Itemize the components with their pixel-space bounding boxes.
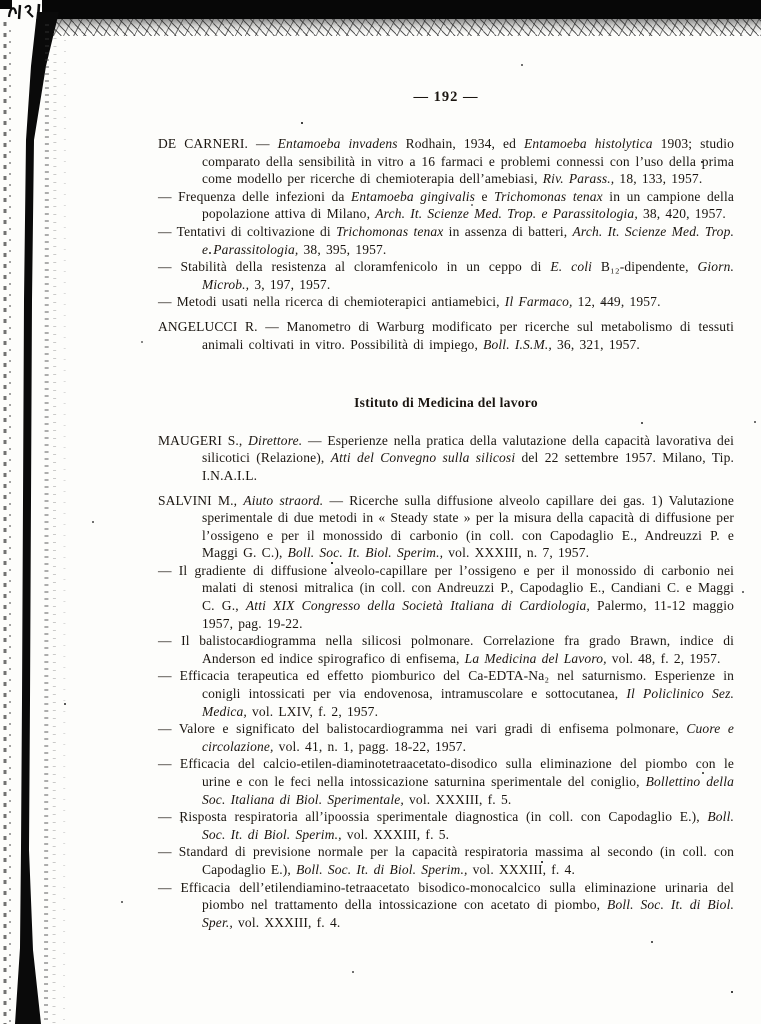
entry-text: vol. 48, f. 2, 1957. (607, 651, 721, 666)
bibliography-entry: — Valore e significato del balistocardio… (158, 720, 734, 755)
scan-noise (0, 0, 2, 2)
entry-group: MAUGERI S., Direttore. — Esperienze nell… (158, 432, 734, 485)
entry-text: — Stabilità della resistenza al cloramfe… (158, 259, 550, 274)
bibliography: DE CARNERI. — Entamoeba invadens Rodhain… (158, 106, 734, 931)
entry-text: ANGELUCCI R. — Manometro di Warburg modi… (158, 319, 734, 352)
entry-text: B₁₂-dipendente, (592, 259, 697, 274)
entry-text: 12, 449, 1957. (573, 294, 661, 309)
entry-title-italic: Arch. It. Scienze Med. Trop. e Parassito… (375, 206, 638, 221)
entry-title-italic: Boll. I.S.M., (483, 337, 552, 352)
entry-title-italic: Il Farmaco, (505, 294, 573, 309)
bibliography-entry: — Metodi usati nella ricerca di chemiote… (158, 293, 734, 311)
entry-text: vol. XXXIII, f. 5. (404, 792, 511, 807)
entry-text: — Frequenza delle infezioni da (158, 189, 351, 204)
book-binding-shadow (0, 0, 80, 1024)
entry-text: — Valore e significato del balistocardio… (158, 721, 686, 736)
entry-text: vol. XXXIII, f. 4. (233, 915, 340, 930)
entry-text: DE CARNERI. — (158, 136, 278, 151)
bibliography-entry: DE CARNERI. — Entamoeba invadens Rodhain… (158, 135, 734, 188)
bibliography-entry: — Frequenza delle infezioni da Entamoeba… (158, 188, 734, 223)
bibliography-entry: — Tentativi di coltivazione di Trichomon… (158, 223, 734, 258)
entry-title-italic: La Medicina del Lavoro, (465, 651, 607, 666)
entry-title-italic: Atti del Convegno sulla silicosi (331, 450, 516, 465)
entry-text: — Tentativi di coltivazione di (158, 224, 336, 239)
handwritten-mark (6, 1, 48, 23)
bibliography-entry: — Efficacia dell’etilendiamino-tetraacet… (158, 879, 734, 932)
entry-title-italic: Trichomonas tenax (336, 224, 443, 239)
entry-text: Rodhain, 1934, ed (398, 136, 524, 151)
bibliography-entry: — Il gradiente di diffusione alveolo-cap… (158, 562, 734, 632)
entry-title-italic: Direttore. (248, 433, 302, 448)
bibliography-entry: — Efficacia terapeutica ed effetto piomb… (158, 667, 734, 720)
page-content: — 192 — DE CARNERI. — Entamoeba invadens… (158, 0, 734, 931)
bibliography-entry: SALVINI M., Aiuto straord. — Ricerche su… (158, 492, 734, 562)
entry-text: vol. LXIV, f. 2, 1957. (247, 704, 378, 719)
bibliography-entry: — Stabilità della resistenza al cloramfe… (158, 258, 734, 293)
entry-title-italic: Aiuto straord. (243, 493, 323, 508)
entry-text: 3, 197, 1957. (249, 277, 330, 292)
scanned-page: — 192 — DE CARNERI. — Entamoeba invadens… (0, 0, 761, 1024)
entry-text: MAUGERI S., (158, 433, 248, 448)
entry-text: vol. XXXIII, n. 7, 1957. (443, 545, 589, 560)
entry-group: SALVINI M., Aiuto straord. — Ricerche su… (158, 492, 734, 932)
entry-title-italic: Boll. Soc. It. Biol. Sperim., (288, 545, 443, 560)
entry-text: — Risposta respiratoria all’ipoossia spe… (158, 809, 707, 824)
section-heading: Istituto di Medicina del lavoro (158, 394, 734, 412)
entry-text: 36, 321, 1957. (552, 337, 640, 352)
entry-title-italic: Entamoeba gingivalis (351, 189, 475, 204)
entry-group: DE CARNERI. — Entamoeba invadens Rodhain… (158, 135, 734, 311)
entry-text: vol. XXXIII, f. 5. (342, 827, 449, 842)
entry-text: 38, 395, 1957. (298, 242, 386, 257)
entry-title-italic: Riv. Parass., (543, 171, 615, 186)
entry-title-italic: Entamoeba invadens (278, 136, 398, 151)
entry-text: — Metodi usati nella ricerca di chemiote… (158, 294, 505, 309)
entry-title-italic: E. coli (550, 259, 592, 274)
bibliography-entry: — Risposta respiratoria all’ipoossia spe… (158, 808, 734, 843)
entry-text: in assenza di batteri, (443, 224, 572, 239)
bibliography-entry: ANGELUCCI R. — Manometro di Warburg modi… (158, 318, 734, 353)
entry-group: ANGELUCCI R. — Manometro di Warburg modi… (158, 318, 734, 353)
entry-title-italic: Trichomonas tenax (494, 189, 603, 204)
bibliography-entry: — Il balistocardiogramma nella silicosi … (158, 632, 734, 667)
entry-title-italic: Atti XIX Congresso della Società Italian… (246, 598, 590, 613)
entry-title-italic: Entamoeba histolytica (524, 136, 653, 151)
bibliography-entry: — Efficacia del calcio-etilen-diaminotet… (158, 755, 734, 808)
entry-title-italic: Boll. Soc. It. di Biol. Sperim., (296, 862, 467, 877)
bibliography-entry: MAUGERI S., Direttore. — Esperienze nell… (158, 432, 734, 485)
entry-text: vol. 41, n. 1, pagg. 18-22, 1957. (274, 739, 467, 754)
bibliography-entry: — Standard di previsione normale per la … (158, 843, 734, 878)
entry-text: SALVINI M., (158, 493, 243, 508)
entry-text: vol. XXXIII, f. 4. (468, 862, 575, 877)
entry-text: 38, 420, 1957. (638, 206, 726, 221)
entry-text: 18, 133, 1957. (614, 171, 702, 186)
entry-text: e (475, 189, 494, 204)
page-number: — 192 — (158, 0, 734, 106)
